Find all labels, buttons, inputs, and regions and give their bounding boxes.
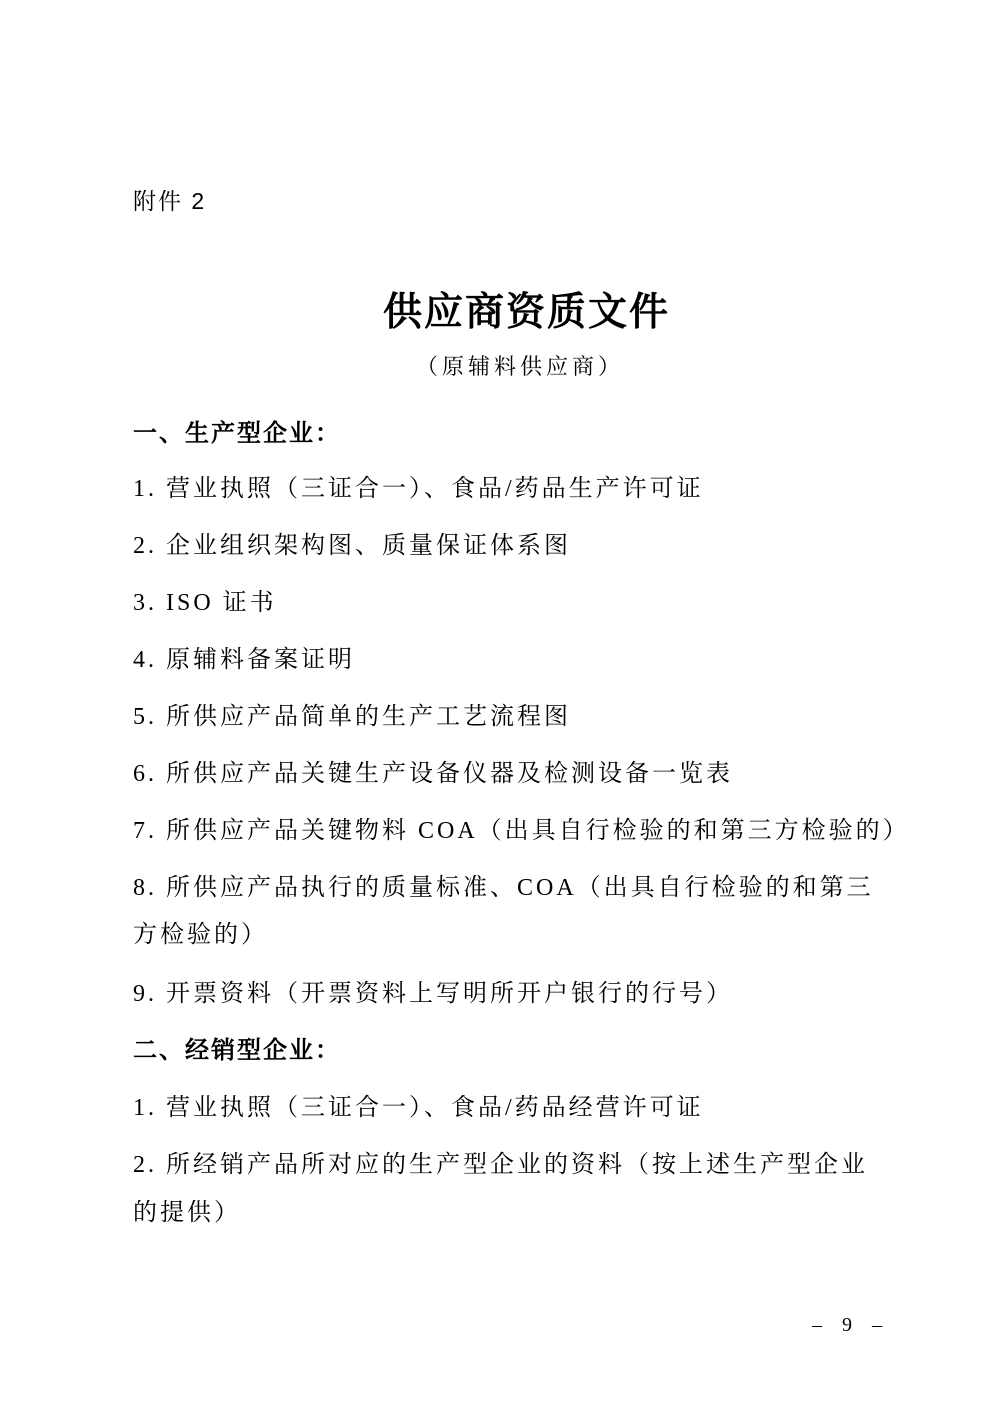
list-item: 4. 原辅料备案证明 <box>133 645 355 675</box>
page-subtitle: （原辅料供应商） <box>40 353 1000 381</box>
list-item: 1. 营业执照（三证合一）、食品/药品经营许可证 <box>133 1093 704 1123</box>
document-page: 附件 2 供应商资质文件 （原辅料供应商） 一、生产型企业： 1. 营业执照（三… <box>0 0 1000 1414</box>
attachment-label: 附件 2 <box>133 186 206 216</box>
list-item-continuation: 的提供） <box>133 1198 241 1228</box>
page-number: – 9 – <box>812 1314 885 1337</box>
list-item: 6. 所供应产品关键生产设备仪器及检测设备一览表 <box>133 759 733 789</box>
section-heading-distribution-enterprises: 二、经销型企业： <box>133 1036 341 1066</box>
list-item: 8. 所供应产品执行的质量标准、COA（出具自行检验的和第三 <box>133 873 874 903</box>
list-item: 3. ISO 证书 <box>133 588 277 618</box>
list-item-continuation: 方检验的） <box>133 920 268 950</box>
list-item: 2. 所经销产品所对应的生产型企业的资料（按上述生产型企业 <box>133 1150 868 1180</box>
list-item: 5. 所供应产品简单的生产工艺流程图 <box>133 702 571 732</box>
list-item: 2. 企业组织架构图、质量保证体系图 <box>133 531 571 561</box>
list-item: 1. 营业执照（三证合一）、食品/药品生产许可证 <box>133 474 704 504</box>
section-heading-production-enterprises: 一、生产型企业： <box>133 419 341 449</box>
list-item: 9. 开票资料（开票资料上写明所开户银行的行号） <box>133 979 733 1009</box>
list-item: 7. 所供应产品关键物料 COA（出具自行检验的和第三方检验的） <box>133 816 910 846</box>
page-title: 供应商资质文件 <box>53 291 1000 335</box>
